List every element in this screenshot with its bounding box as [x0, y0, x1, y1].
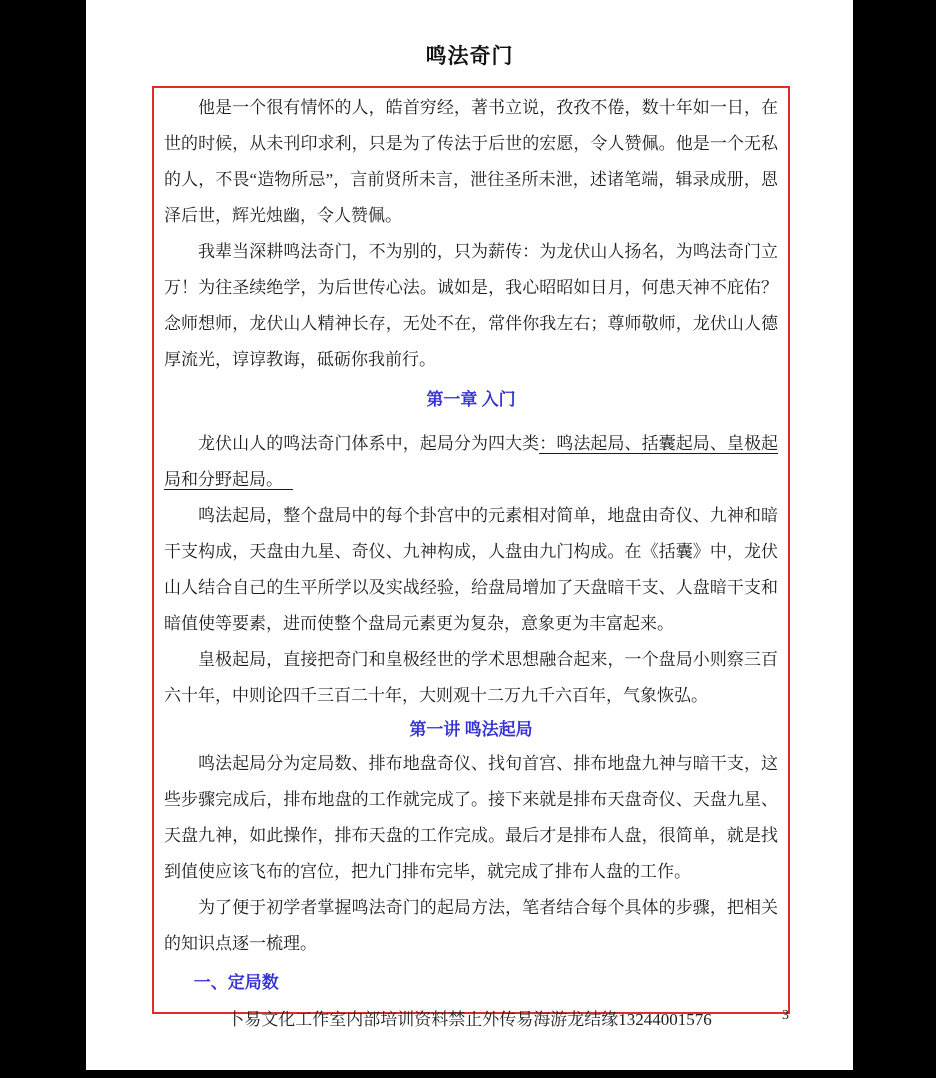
screen-background: { "title": "鸣法奇门", "content": { "p1": "他…	[0, 0, 936, 1078]
paragraph-four-types: 龙伏山人的鸣法奇门体系中，起局分为四大类：鸣法起局、括囊起局、皇极起局和分野起局…	[164, 426, 778, 498]
paragraph-for-beginners: 为了便于初学者掌握鸣法奇门的起局方法，笔者结合每个具体的步骤，把相关的知识点逐一…	[164, 890, 778, 962]
chapter-heading: 第一章 入门	[164, 386, 778, 414]
paragraph-mingfa-desc: 鸣法起局，整个盘局中的每个卦宫中的元素相对简单，地盘由奇仪、九神和暗干支构成，天…	[164, 498, 778, 642]
subsection-heading: 一、定局数	[164, 968, 778, 998]
four-types-lead-text: 龙伏山人的鸣法奇门体系中，起局分为四大类	[198, 434, 539, 453]
document-title: 鸣法奇门	[86, 0, 853, 70]
page-number: 3	[782, 1004, 789, 1028]
section-heading: 第一讲 鸣法起局	[164, 716, 778, 744]
document-page: 鸣法奇门 他是一个很有情怀的人，皓首穷经，著书立说，孜孜不倦，数十年如一日，在世…	[86, 0, 853, 1070]
paragraph-huangji-desc: 皇极起局，直接把奇门和皇极经世的学术思想融合起来，一个盘局小则察三百六十年，中则…	[164, 642, 778, 714]
paragraph-intro-2: 我辈当深耕鸣法奇门，不为别的，只为薪传：为龙伏山人扬名，为鸣法奇门立万！为往圣续…	[164, 234, 778, 378]
content-box: 他是一个很有情怀的人，皓首穷经，著书立说，孜孜不倦，数十年如一日，在世的时候，从…	[152, 86, 790, 1014]
paragraph-intro-1: 他是一个很有情怀的人，皓首穷经，著书立说，孜孜不倦，数十年如一日，在世的时候，从…	[164, 90, 778, 234]
page-footer: 卜易文化工作室内部培训资料禁止外传易海游龙结缘13244001576 3	[86, 1008, 853, 1032]
footer-text: 卜易文化工作室内部培训资料禁止外传易海游龙结缘13244001576	[227, 1010, 712, 1029]
paragraph-steps: 鸣法起局分为定局数、排布地盘奇仪、找旬首宫、排布地盘九神与暗干支，这些步骤完成后…	[164, 746, 778, 890]
